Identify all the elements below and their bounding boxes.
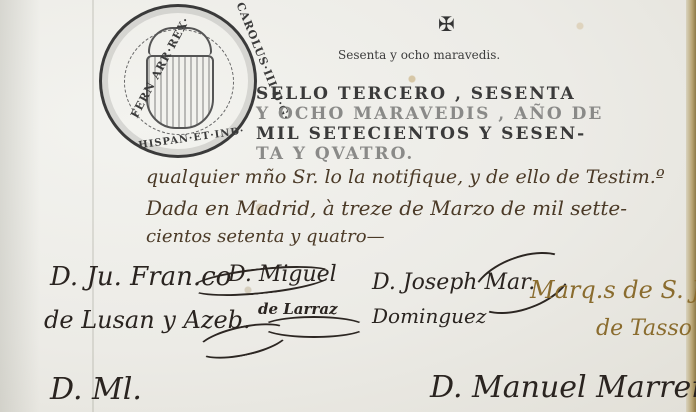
signature: D. Manuel Marrero bbox=[430, 370, 696, 405]
signature: Marq.s de S. Juan bbox=[530, 276, 696, 304]
cross-icon: ✠ bbox=[438, 12, 455, 36]
small-title: Sesenta y ocho maravedis. bbox=[338, 48, 500, 62]
signature: D. Joseph Mar. bbox=[372, 270, 535, 295]
signature: de Tasso bbox=[596, 316, 692, 341]
document-photo: FERN ARR·REX· CAROLUS·III·D·G· HISPAN·ET… bbox=[0, 0, 696, 412]
stamp-line: Y OCHO MARAVEDIS , AÑO DE bbox=[256, 104, 603, 124]
signature: D. Ju. Fran.co bbox=[50, 262, 231, 292]
handwritten-line: qualquier mño Sr. lo la notifique, y de … bbox=[146, 166, 665, 188]
stamp-line: TA Y QVATRO. bbox=[256, 144, 603, 164]
royal-seal: FERN ARR·REX· CAROLUS·III·D·G· HISPAN·ET… bbox=[99, 4, 257, 158]
signature: D. Ml. bbox=[50, 372, 142, 407]
signature: Dominguez bbox=[372, 304, 486, 328]
stamp-line: SELLO TERCERO , SESENTA bbox=[256, 84, 603, 104]
signature-flourish bbox=[262, 316, 366, 338]
printed-stamp-text: SELLO TERCERO , SESENTA Y OCHO MARAVEDIS… bbox=[256, 84, 603, 164]
stamp-line: MIL SETECIENTOS Y SESEN- bbox=[256, 124, 603, 144]
signature: de Lusan y Azeb. bbox=[44, 306, 251, 334]
handwritten-line: cientos setenta y quatro— bbox=[146, 226, 385, 247]
signature: de Larraz bbox=[258, 300, 338, 318]
handwritten-line: Dada en Madrid, à treze de Marzo de mil … bbox=[146, 196, 627, 220]
signature: D. Miguel bbox=[228, 262, 337, 287]
